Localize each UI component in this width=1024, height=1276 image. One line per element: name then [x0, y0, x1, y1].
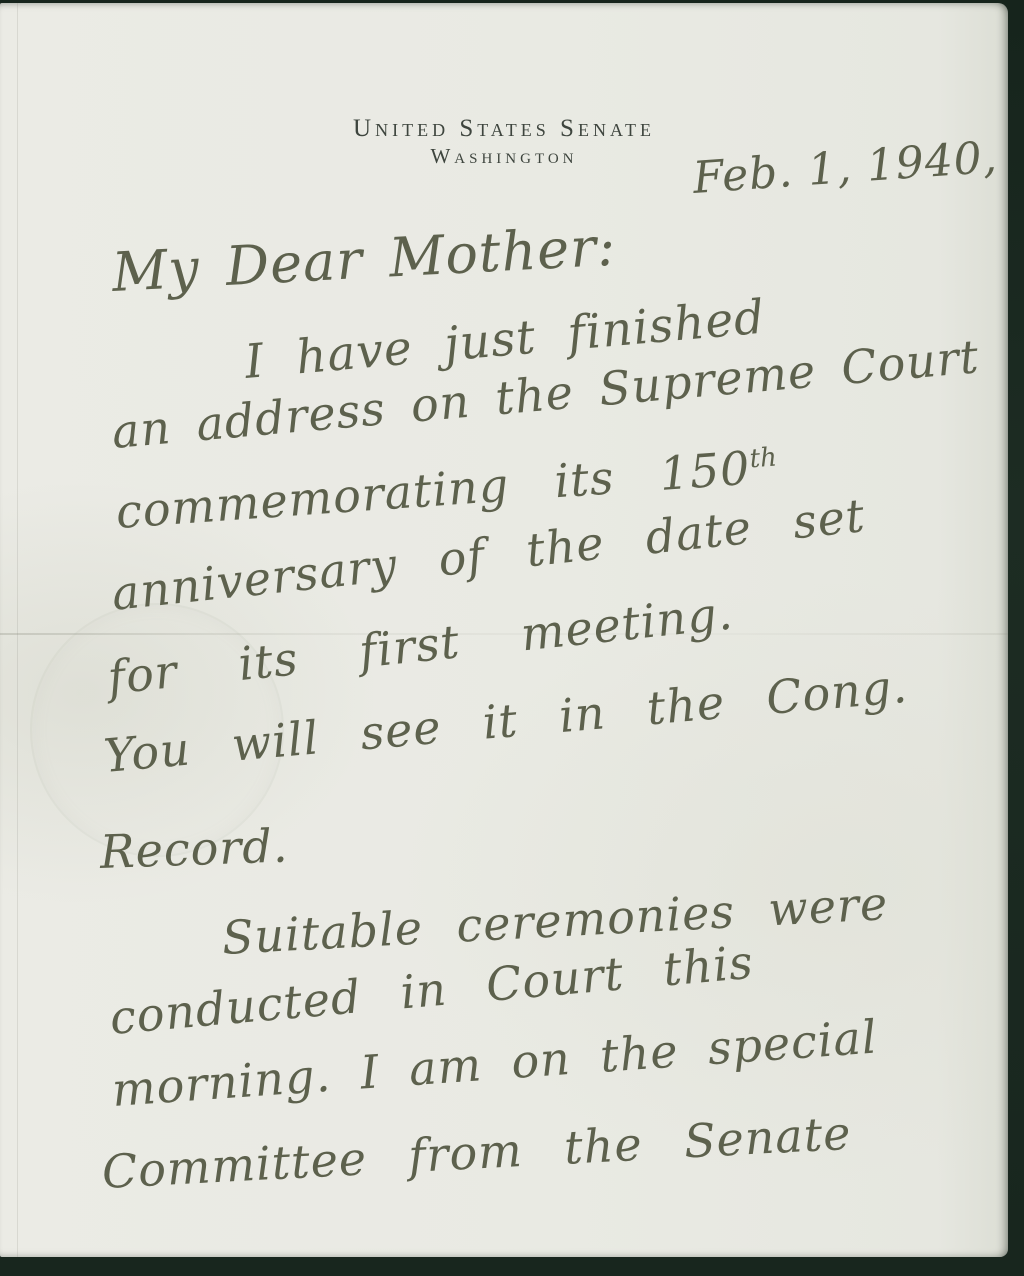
- letterhead-title: United States Senate: [0, 115, 1008, 143]
- handwriting-line: Committee from the Senate: [101, 1106, 853, 1199]
- letter-paper: United States Senate Washington Feb. 1, …: [0, 3, 1008, 1257]
- superscript-ordinal: th: [749, 442, 778, 474]
- fold-crease-vertical: [17, 3, 18, 1257]
- handwriting-line: Record.: [99, 818, 289, 879]
- salutation: My Dear Mother:: [110, 215, 617, 304]
- scan-backdrop: United States Senate Washington Feb. 1, …: [0, 0, 1024, 1276]
